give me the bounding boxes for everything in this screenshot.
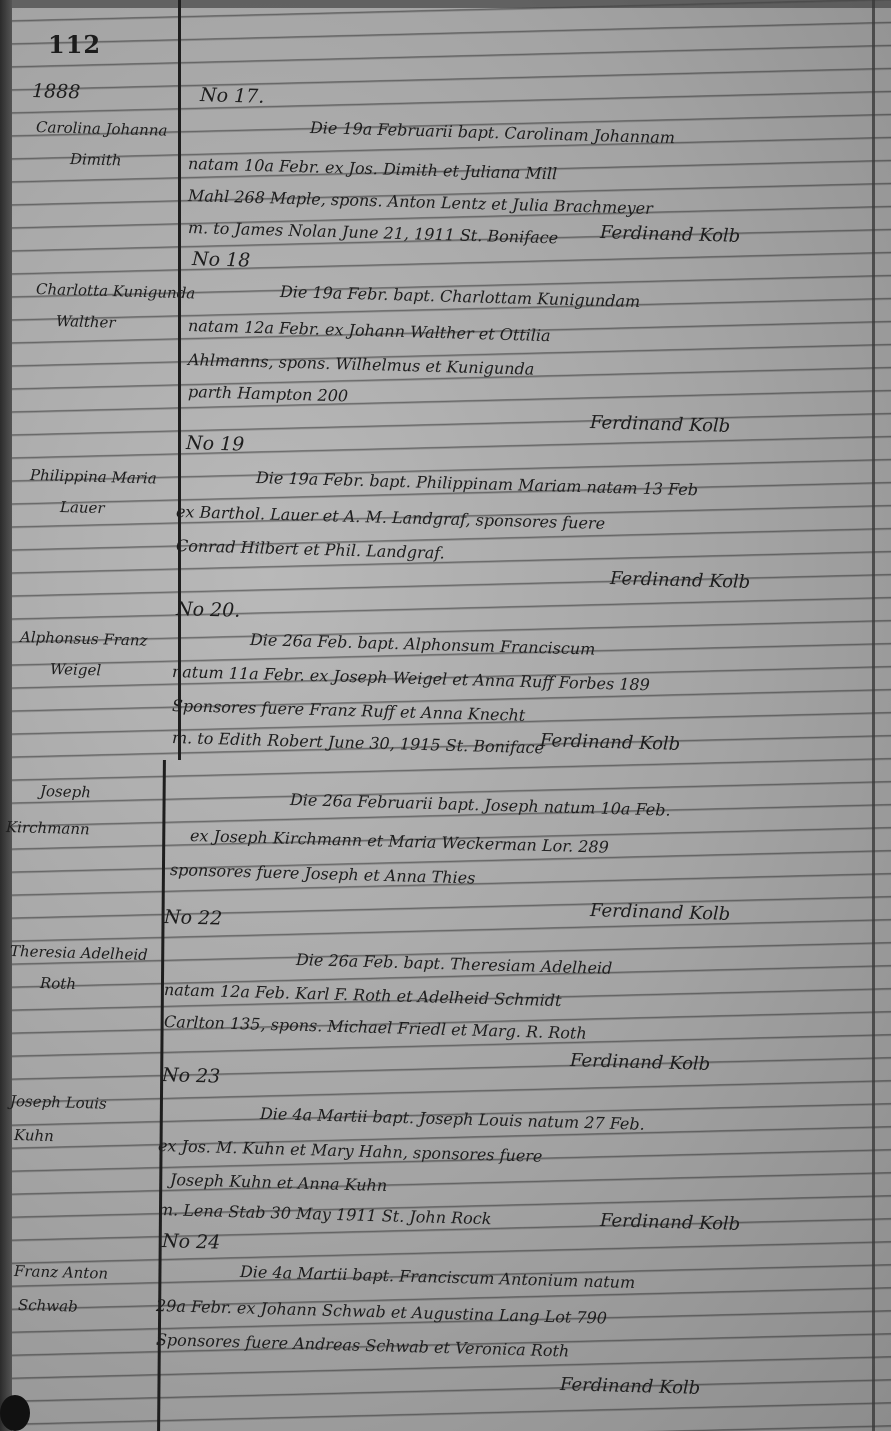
entry-number: No 23	[162, 1064, 221, 1088]
priest-signature: Ferdinand Kolb	[590, 412, 731, 437]
priest-signature: Ferdinand Kolb	[560, 1374, 701, 1399]
entry-line: natam 12a Febr. ex Johann Walther et Ott…	[188, 316, 551, 345]
child-surname: Lauer	[60, 498, 105, 517]
entry-line: Mahl 268 Maple, spons. Anton Lentz et Ju…	[188, 186, 653, 218]
priest-signature: Ferdinand Kolb	[570, 1050, 711, 1075]
entry-line: sponsores fuere Joseph et Anna Thies	[170, 860, 476, 888]
child-surname: Dimith	[70, 150, 122, 169]
binding-shadow	[0, 0, 12, 1431]
entry-line: ex Joseph Kirchmann et Maria Weckerman L…	[190, 826, 609, 857]
entry-line: Joseph Kuhn et Anna Kuhn	[170, 1170, 388, 1195]
entry-line: Ahlmanns, spons. Wilhelmus et Kunigunda	[188, 350, 535, 379]
ink-blot	[0, 1395, 30, 1431]
page-top-shadow	[0, 0, 891, 8]
register-year: 1888	[32, 80, 81, 103]
child-surname: Walther	[56, 312, 116, 332]
entry-line: Die 26a Feb. bapt. Theresiam Adelheid	[296, 950, 613, 978]
child-given-names: Alphonsus Franz	[20, 628, 148, 650]
entry-number: No 17.	[200, 84, 265, 108]
entry-line: ex Jos. M. Kuhn et Mary Hahn, sponsores …	[158, 1136, 543, 1166]
entry-line: Die 4a Martii bapt. Franciscum Antonium …	[240, 1262, 636, 1292]
entry-line: Carlton 135, spons. Michael Friedl et Ma…	[164, 1012, 587, 1043]
child-surname: Schwab	[18, 1296, 78, 1316]
entry-line: natam 10a Febr. ex Jos. Dimith et Julian…	[188, 154, 558, 183]
name-column-rule	[178, 0, 181, 760]
entry-line: Sponsores fuere Franz Ruff et Anna Knech…	[172, 696, 526, 725]
entry-line: 29a Febr. ex Johann Schwab et Augustina …	[156, 1296, 607, 1328]
child-given-names: Carolina Johanna	[36, 118, 168, 140]
priest-signature: Ferdinand Kolb	[600, 1210, 741, 1235]
child-surname: Roth	[40, 974, 77, 993]
entry-line: Sponsores fuere Andreas Schwab et Veroni…	[156, 1330, 570, 1361]
entry-line: Die 26a Feb. bapt. Alphonsum Franciscum	[250, 630, 596, 659]
child-surname: Kuhn	[14, 1126, 54, 1145]
entry-number: No 22	[164, 906, 223, 930]
child-given-names: Philippina Maria	[30, 466, 157, 488]
priest-signature: Ferdinand Kolb	[590, 900, 731, 925]
entry-line: natam 12a Feb. Karl F. Roth et Adelheid …	[164, 980, 562, 1010]
entry-number: No 24	[162, 1230, 221, 1254]
entry-line: Die 26a Februarii bapt. Joseph natum 10a…	[290, 790, 671, 820]
entry-line: Die 19a Febr. bapt. Charlottam Kunigunda…	[280, 282, 641, 311]
entry-line: Die 19a Febr. bapt. Philippinam Mariam n…	[256, 468, 699, 499]
priest-signature: Ferdinand Kolb	[600, 222, 741, 247]
child-surname: Weigel	[50, 660, 102, 679]
entry-line: Die 4a Martii bapt. Joseph Louis natum 2…	[260, 1104, 645, 1134]
priest-signature: Ferdinand Kolb	[540, 730, 681, 755]
child-given-names: Theresia Adelheid	[10, 942, 148, 964]
right-margin-rule	[872, 0, 875, 1431]
page-number: 112	[48, 30, 101, 59]
entry-number: No 18	[192, 248, 251, 272]
priest-signature: Ferdinand Kolb	[610, 568, 751, 593]
marriage-annotation: m. to Edith Robert June 30, 1915 St. Bon…	[172, 728, 544, 757]
entry-number: No 20.	[176, 598, 241, 622]
child-surname: Kirchmann	[6, 818, 90, 838]
child-given-names: Joseph Louis	[10, 1092, 107, 1113]
entry-number: No 19	[186, 432, 245, 456]
entry-line: parth Hampton 200	[188, 382, 349, 405]
register-page: 112 1888 No 17. Carolina Johanna Dimith …	[0, 0, 891, 1431]
entry-line: natum 11a Febr. ex Joseph Weigel et Anna…	[172, 662, 650, 694]
marriage-annotation: m. to James Nolan June 21, 1911 St. Boni…	[188, 218, 559, 247]
marriage-annotation: m. Lena Stab 30 May 1911 St. John Rock	[158, 1200, 492, 1228]
entry-line: Die 19a Februarii bapt. Carolinam Johann…	[310, 118, 676, 147]
entry-line: Conrad Hilbert et Phil. Landgraf.	[176, 536, 445, 562]
entry-line: ex Barthol. Lauer et A. M. Landgraf, spo…	[176, 502, 606, 533]
child-given-names: Joseph	[40, 782, 91, 801]
child-given-names: Charlotta Kunigunda	[36, 280, 196, 302]
child-given-names: Franz Anton	[14, 1262, 109, 1283]
